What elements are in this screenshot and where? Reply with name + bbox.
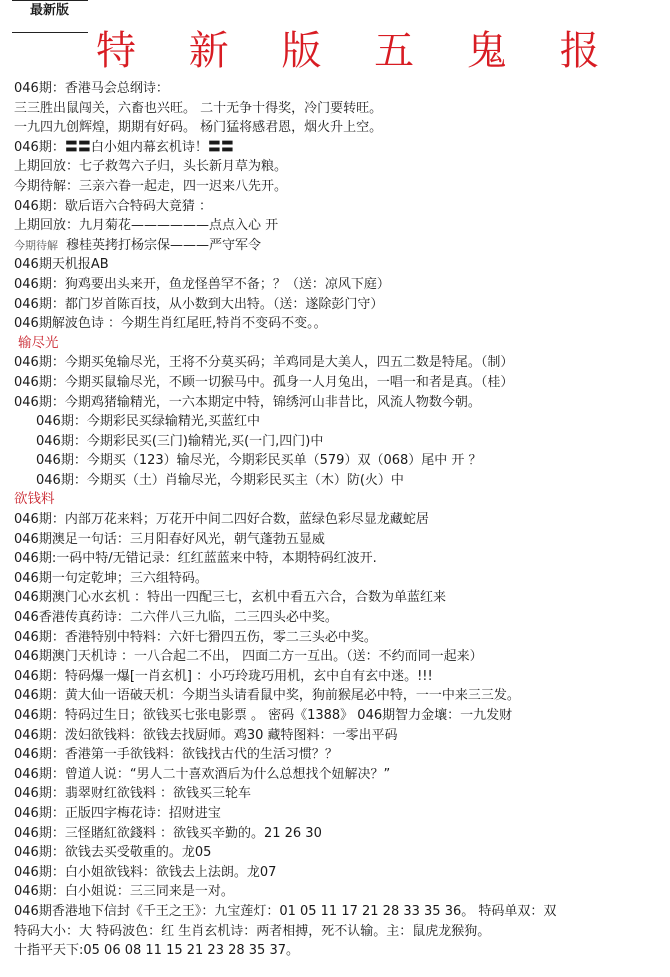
badge-top-rule <box>12 0 88 1</box>
text-line: 046期：香港特别中特料：六奸七猾四五伤，零二三头必中奖。 <box>14 628 664 648</box>
text-line: 046香港传真药诗：二六伴八三九临，二三四头必中奖。 <box>14 608 664 628</box>
text-line: 046期:一码中特/无错记录：红红蓝蓝来中特，本期特码红波开. <box>14 549 664 569</box>
text-line: 046期：三怪賭紅欲錢料 ：欲钱买辛勤的。21 26 30 <box>14 824 664 844</box>
text-line: 046期：香港马会总纲诗： <box>14 79 664 99</box>
text-line: 三三胜出鼠闯关，六畜也兴旺。 二十无争十得奖，冷门要转旺。 <box>14 99 664 119</box>
text-line: 046期：泼妇欲钱料：欲钱去找厨师。鸡30 藏特图料：一零出平码 <box>14 726 664 746</box>
text-line: 046期：今期买兔输尽光，王将不分莫买码；羊鸡同是大美人，四五二数是特尾。（制） <box>14 353 664 373</box>
text-line: 046期：黄大仙一语破天机：今期当头请看鼠中奖，狗前猴尾必中特，一一中来三三发。 <box>14 686 664 706</box>
text-line: 穆桂英拷打杨宗保———严守军令 <box>66 236 261 256</box>
text-line: 046期：都门岁首陈百技，从小数到大出特。（送：遂除彭门守） <box>14 295 664 315</box>
section-heading-money-riddle: 欲钱料 <box>14 490 664 510</box>
section-heading-lose-all: 输尽光 <box>18 334 664 354</box>
text-line: 046期：今期鸡猪输精光，一六本期定中特，锦绣河山非昔比，风流人物数今朝。 <box>14 393 664 413</box>
text-line: 046期：今期买鼠输尽光，不顾一切猴马中。孤身一人月兔出，一唱一和者是真。（桂） <box>14 373 664 393</box>
text-line: 上期回放：九月菊花——————点点入心 开 <box>14 216 664 236</box>
text-line: 046期：狗鸡要出头来开，鱼龙怪兽罕不备；？（送：凉风下庭） <box>14 275 664 295</box>
text-line: 046期：正版四字梅花诗：招财进宝 <box>14 804 664 824</box>
faded-text: 今期待解 <box>14 236 58 256</box>
text-line: 046期：今期买（123）输尽光，今期彩民买单（579）双（068）尾中 开 ？ <box>14 451 664 471</box>
text-line: 今期待解：三亲六眷一起走，四一迟来八先开。 <box>14 177 664 197</box>
text-line: 046期：白小姐欲钱料：欲钱去上法朗。龙07 <box>14 863 664 883</box>
badge-bottom-rule <box>12 32 88 33</box>
text-line: 046期：翡翠财红欲钱料 ：欲钱买三轮车 <box>14 784 664 804</box>
text-line: 046期澳门心水玄机 ：特出一四配三七，玄机中看五六合，合数为单蓝红来 <box>14 588 664 608</box>
text-line: 046期：特码过生日；欲钱买七张电影票 。 密码《1388》 046期智力金壤：… <box>14 706 664 726</box>
text-line: 特码大小：大 特码波色：红 生肖玄机诗：两者相搏，死不认输。主：鼠虎龙猴狗。 <box>14 922 664 942</box>
text-line: 上期回放：七子救驾六子归，头长新月草为粮。 <box>14 157 664 177</box>
text-line: 046期：歇后语六合特码大竟猜 ： <box>14 197 664 217</box>
text-line: 046期：白小姐说：三三同来是一对。 <box>14 882 664 902</box>
page-title: 特 新 版 五 鬼 报 <box>96 26 620 76</box>
text-line: 046期：曾道人说：“男人二十喜欢酒后为什么总想找个妞解决？” <box>14 765 664 785</box>
text-line: 046期：内部万花来料；万花开中间二四好合数，蓝绿色彩尽显龙藏蛇居 <box>14 510 664 530</box>
text-line: 046期：今期买（土）肖输尽光，今期彩民买主（木）防(火）中 <box>14 471 664 491</box>
text-line: 046期解波色诗 ：今期生肖红尾旺,特肖不变码不变。。 <box>14 314 664 334</box>
badge-label: 最新版 <box>30 4 88 18</box>
text-line: 046期澳门天机诗 ：一八合起二不出， 四面二方一互出。（送：不约而同一起来） <box>14 647 664 667</box>
text-line: 046期：欲钱去买受敬重的。龙05 <box>14 843 664 863</box>
text-line: 一九四九创辉煌，期期有好码。 杨门猛将感君恩，烟火升上空。 <box>14 118 664 138</box>
text-line: 046期：香港第一手欲钱料：欲钱找古代的生活习惯？？ <box>14 745 664 765</box>
text-line: 046期：〓〓白小姐内幕玄机诗！〓〓 <box>14 138 664 158</box>
latest-edition-badge: 最新版 <box>12 0 88 33</box>
text-line: 046期香港地下信封《千王之王》：九宝莲灯：01 05 11 17 21 28 … <box>14 902 664 922</box>
text-line: 046期澳足一句话：三月阳春好风光，朝气蓬勃五显威 <box>14 530 664 550</box>
text-line: 046期：特码爆一爆[一肖玄机] ：小巧玲珑巧用机，玄中自有玄中迷。!!! <box>14 667 664 687</box>
text-line: 046期：今期彩民买(三门)输精光,买(一门,四门)中 <box>14 432 664 452</box>
text-line: 十指平天下:05 06 08 11 15 21 23 28 35 37。 <box>14 941 664 961</box>
text-line: 046期天机报AB <box>14 255 664 275</box>
text-line: 046期：今期彩民买绿输精光,买蓝红中 <box>14 412 664 432</box>
text-line: 046期一句定乾坤；三六组特码。 <box>14 569 664 589</box>
overlapping-text-line: 今期待解 穆桂英拷打杨宗保———严守军令 <box>14 236 664 256</box>
document-body: 046期：香港马会总纲诗： 三三胜出鼠闯关，六畜也兴旺。 二十无争十得奖，冷门要… <box>14 79 664 961</box>
